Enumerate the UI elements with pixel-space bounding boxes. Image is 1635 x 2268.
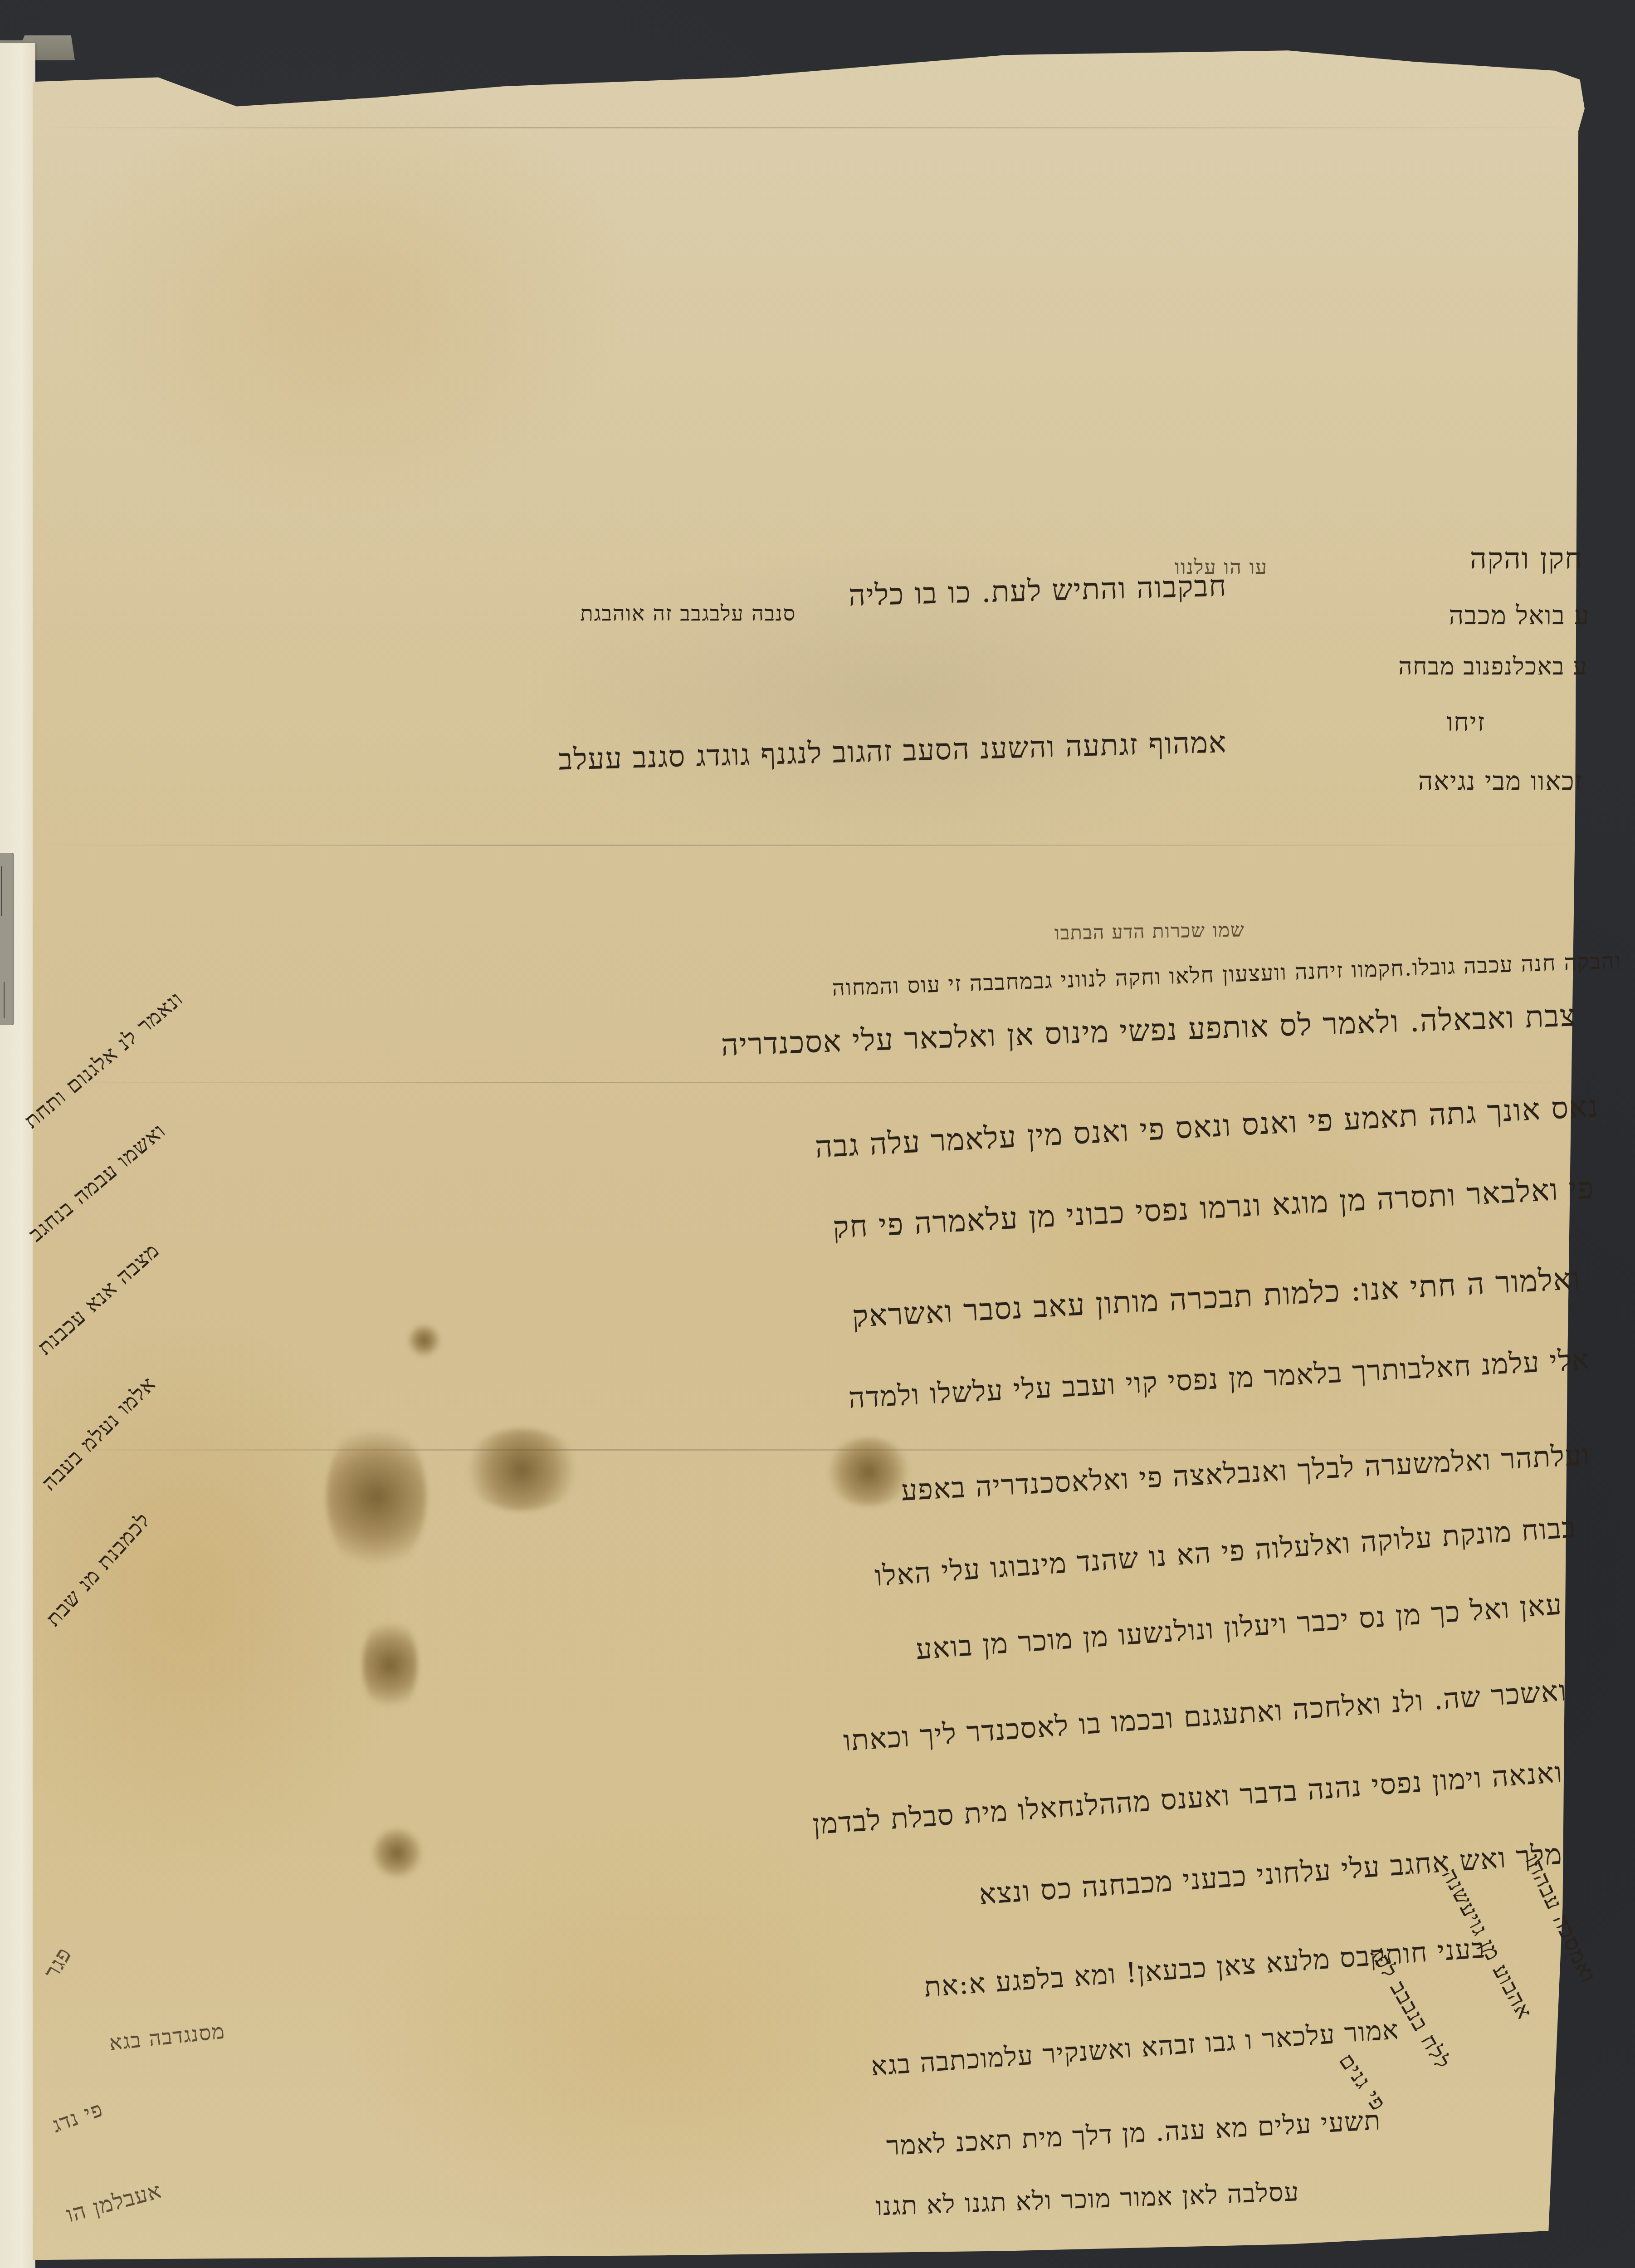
tab-mark [4,982,5,1018]
ink-stain [372,1828,422,1878]
ink-stain [408,1325,440,1356]
tab-mark [1,866,2,916]
fold-line [33,845,1602,846]
header-line-left: סנבה עלבגבב זה אוהבגת [581,601,796,626]
right-column-line: זיחו [1446,708,1485,737]
right-column-line: זכאוו מבי נגיאה [1418,767,1583,796]
fold-line [33,127,1602,128]
ink-stain [463,1429,581,1510]
guard-strip [0,43,35,2268]
right-column-line: חקן והקה [1470,542,1583,576]
ink-stain [825,1438,912,1506]
right-column-line: ע באכלנפנוב מבחה [1399,653,1588,680]
right-column-line: ע בואל מכבה [1449,601,1590,631]
binding-tab [0,853,14,1025]
ink-stain [327,1420,426,1574]
main-text-line: שמו שכרות הדע הבתבו [1054,919,1245,944]
fold-line [33,1082,1602,1083]
ink-stain [363,1615,417,1715]
